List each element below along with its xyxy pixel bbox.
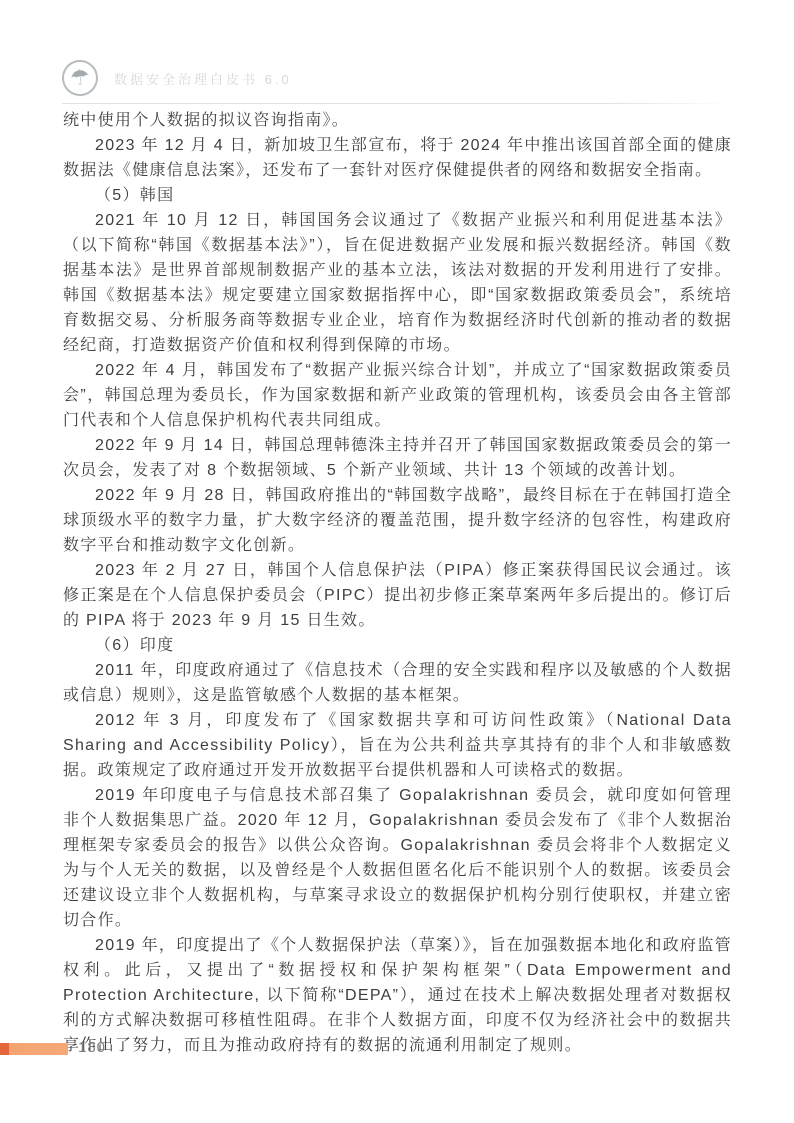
body-paragraph: 2019 年印度电子与信息技术部召集了 Gopalakrishnan 委员会，就…: [63, 783, 732, 933]
body-paragraph: 2011 年，印度政府通过了《信息技术（合理的安全实践和程序以及敏感的个人数据或…: [63, 658, 732, 708]
header-watermark-title: 数据安全治理白皮书 6.0: [114, 69, 292, 88]
body-paragraph: 统中使用个人数据的拟议咨询指南》。: [63, 108, 732, 133]
body-text: 统中使用个人数据的拟议咨询指南》。 2023 年 12 月 4 日，新加坡卫生部…: [63, 108, 732, 1058]
body-paragraph: 2012 年 3 月，印度发布了《国家数据共享和可访问性政策》（National…: [63, 708, 732, 783]
body-paragraph: 2019 年，印度提出了《个人数据保护法（草案）》，旨在加强数据本地化和政府监管…: [63, 933, 732, 1058]
page-footer-accent-bar: [0, 1043, 68, 1055]
body-paragraph: 2022 年 4 月，韩国发布了“数据产业振兴综合计划”，并成立了“国家数据政策…: [63, 358, 732, 433]
body-paragraph: 2022 年 9 月 14 日，韩国总理韩德洙主持并召开了韩国国家数据政策委员会…: [63, 433, 732, 483]
header-divider: [62, 103, 732, 104]
umbrella-logo-icon: ☂: [60, 58, 101, 99]
section-heading: （5）韩国: [63, 183, 732, 208]
page-header: ☂ 数据安全治理白皮书 6.0: [62, 56, 732, 100]
section-heading: （6）印度: [63, 633, 732, 658]
body-paragraph: 2021 年 10 月 12 日，韩国国务会议通过了《数据产业振兴和利用促进基本…: [63, 208, 732, 358]
body-paragraph: 2023 年 12 月 4 日，新加坡卫生部宣布，将于 2024 年中推出该国首…: [63, 133, 732, 183]
document-page: ☂ 数据安全治理白皮书 6.0 统中使用个人数据的拟议咨询指南》。 2023 年…: [0, 0, 794, 1123]
page-number: 180: [78, 1039, 106, 1056]
body-paragraph: 2022 年 9 月 28 日，韩国政府推出的“韩国数字战略”，最终目标在于在韩…: [63, 483, 732, 558]
body-paragraph: 2023 年 2 月 27 日，韩国个人信息保护法（PIPA）修正案获得国民议会…: [63, 558, 732, 633]
